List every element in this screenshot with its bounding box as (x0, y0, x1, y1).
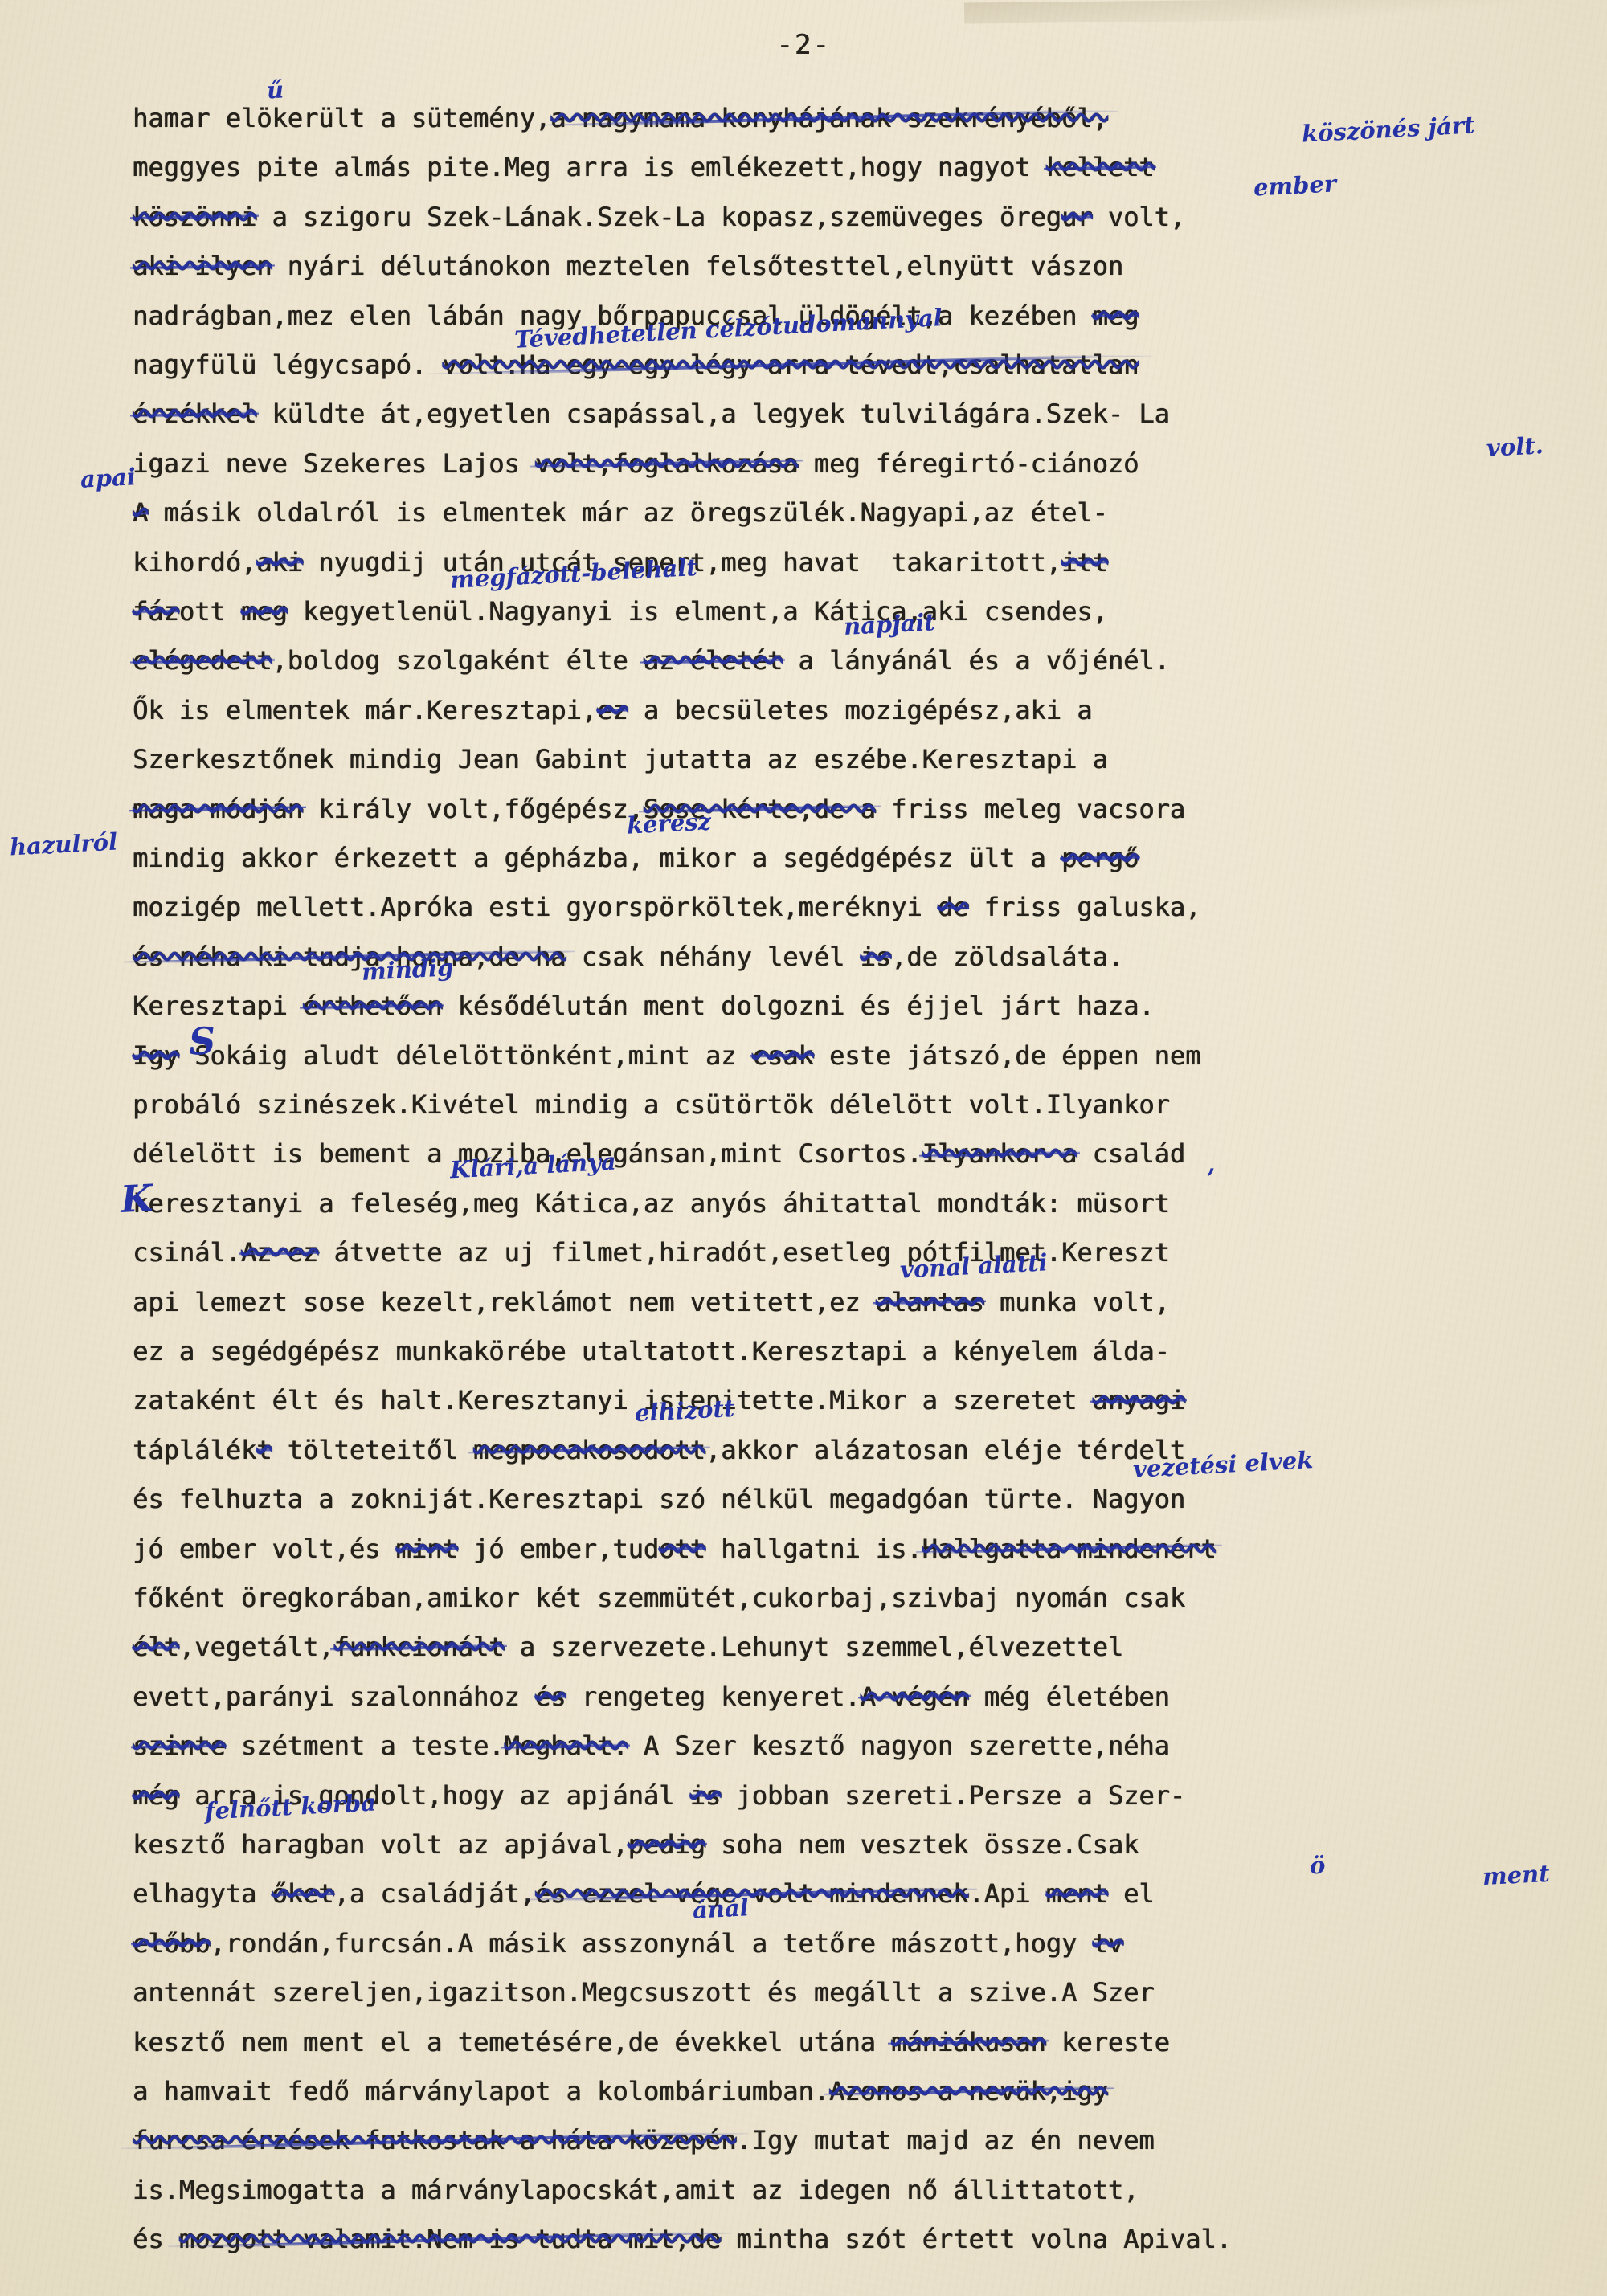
handwritten-annotation: elhizott (634, 1397, 735, 1425)
text-line: köszönni a szigoru Szek-Lának.Szek-La ko… (133, 202, 1591, 240)
text-line: Igy Sokáig aludt délelöttönként,mint az … (133, 1040, 1591, 1079)
typed-text: másik oldalról is elmentek már az öregsz… (148, 497, 1107, 528)
struck-text: köszönni (133, 202, 256, 232)
typed-text: hallgatni is. (705, 1534, 922, 1564)
typed-text: és (133, 2224, 179, 2254)
typed-text: ,akkor alázatosan eléje térdelt (705, 1435, 1185, 1465)
typed-text: ,de zöldsaláta. (891, 942, 1123, 972)
typed-text: még életében (968, 1681, 1169, 1712)
struck-text: mint (396, 1534, 458, 1564)
typed-text: evett,parányi szalonnához (133, 1681, 535, 1712)
text-line: probáló szinészek.Kivétel mindig a csütö… (133, 1089, 1591, 1128)
struck-text: funkcionált (333, 1632, 504, 1662)
struck-text: is (860, 942, 891, 972)
struck-text: kellett (1046, 152, 1155, 182)
typed-text: mozigép mellett.Apróka esti gyorspörkölt… (133, 892, 938, 922)
typed-text: jó ember volt,és (133, 1534, 396, 1564)
text-line: maga módján király volt,főgépész,Sose ké… (133, 794, 1591, 832)
typed-text: meg féregirtó-ciánozó (798, 448, 1154, 479)
struck-text: pergő (1061, 843, 1139, 873)
typed-text: elhagyta (133, 1878, 272, 1909)
struck-text: meg (241, 596, 288, 627)
struck-text: meg (1092, 300, 1139, 331)
handwritten-annotation: ánál (692, 1896, 749, 1922)
text-line: és felhuzta a zokniját.Keresztapi szó né… (133, 1484, 1591, 1522)
page-number: -2- (0, 29, 1607, 61)
typed-text: nagyfülü légycsapó. (133, 349, 442, 380)
typed-text: zataként élt és halt.Keresztanyi istenit… (133, 1385, 1092, 1416)
struck-text: és néha ki tudja honna,de ha (133, 942, 566, 972)
struck-text: csak (752, 1040, 814, 1071)
typed-text: antennát szereljen,igazitson.Megcsuszott… (133, 1977, 1155, 2008)
typed-text: probáló szinészek.Kivétel mindig a csütö… (133, 1089, 1170, 1120)
handwritten-annotation: vezetési elvek (1132, 1448, 1314, 1481)
typed-text: friss meleg vacsora (876, 794, 1185, 824)
text-line: mindig akkor érkezett a gépházba, mikor … (133, 843, 1591, 881)
typed-text: család (1077, 1138, 1185, 1169)
text-line: aki ilyen nyári délutánokon meztelen fel… (133, 251, 1591, 289)
handwritten-annotation: ember (1253, 172, 1337, 199)
struck-text: mozgott valamit.Nem is tudta mit,de (179, 2224, 721, 2254)
text-line: keresztanyi a feleség,meg Kática,az anyó… (133, 1188, 1591, 1227)
text-line: főként öregkorában,amikor két szemmütét,… (133, 1583, 1591, 1621)
struck-text: itt (1061, 547, 1108, 578)
handwritten-annotation: ű (266, 78, 284, 102)
typed-text: is.Megsimogatta a márványlapocskát,amit … (133, 2175, 1139, 2205)
typed-text: meggyes pite almás pite.Meg arra is emlé… (133, 152, 1046, 182)
text-line: elhagyta őket,a családját,és ezzel vége … (133, 1878, 1591, 1917)
struck-text: volt:Ha egy-egy légy arra tévedt,csalhat… (442, 349, 1139, 380)
typed-text: .Igy mutat majd az én nevem (736, 2125, 1154, 2155)
struck-text: de (938, 892, 969, 922)
text-line: ez a segédgépész munkakörébe utaltatott.… (133, 1336, 1591, 1375)
typed-text: Sokáig aludt délelöttönként,mint az (179, 1040, 752, 1071)
typed-text: igazi neve Szekeres Lajos (133, 448, 535, 479)
typed-text: rengeteg kenyeret. (566, 1681, 860, 1712)
struck-text: tv (1092, 1928, 1123, 1959)
struck-text: megpocakosodott (473, 1435, 705, 1465)
text-line: Keresztapi érthetően késődélután ment do… (133, 991, 1591, 1029)
struck-text: Azonos a nevük,igy (829, 2076, 1108, 2106)
text-line: élt,vegetált,funkcionált a szervezete.Le… (133, 1632, 1591, 1670)
text-line: nagyfülü légycsapó. volt:Ha egy-egy légy… (133, 349, 1591, 388)
handwritten-annotation: volt. (1486, 434, 1544, 460)
struck-text: élt (133, 1632, 179, 1662)
struck-text: még (133, 1780, 179, 1811)
text-line: jó ember volt,és mint jó ember,tudott ha… (133, 1534, 1591, 1572)
handwritten-annotation: ö (1309, 1854, 1326, 1878)
struck-text: érzékkel (133, 398, 256, 429)
typed-text: ,rondán,furcsán.A másik asszonynál a tet… (210, 1928, 1092, 1959)
handwritten-annotation: ment (1482, 1862, 1550, 1889)
typed-text: el (1108, 1878, 1155, 1909)
typed-text: kesztő nem ment el a temetésére,de évekk… (133, 2027, 891, 2057)
typed-text: kihordó, (133, 547, 256, 578)
text-line: A másik oldalról is elmentek már az öreg… (133, 497, 1591, 536)
typed-text: jobban szereti.Persze a Szer- (721, 1780, 1185, 1811)
text-line: furcsa érzések futkostak a háta közepén.… (133, 2125, 1591, 2163)
typed-text: a hamvait fedő márványlapot a kolombáriu… (133, 2076, 829, 2106)
struck-text: a nagymama konyhájának szekrényéből, (550, 103, 1108, 133)
struck-text: elégedett (133, 645, 272, 676)
struck-text: és (535, 1681, 566, 1712)
struck-text: előbb (133, 1928, 210, 1959)
typed-text: ez a segédgépész munkakörébe utaltatott.… (133, 1336, 1170, 1367)
handwritten-annotation: napjait (843, 611, 935, 639)
text-line: érzékkel küldte át,egyetlen csapással,a … (133, 398, 1591, 437)
text-line: a hamvait fedő márványlapot a kolombáriu… (133, 2076, 1591, 2114)
typed-text: Keresztapi (133, 991, 303, 1021)
typed-text: hamar elökerült a sütemény, (133, 103, 550, 133)
manuscript-page: -2- hamar elökerült a sütemény,a nagymam… (0, 0, 1607, 2296)
typed-text: szétment a teste. (226, 1730, 505, 1761)
text-line: csinál.Az ez átvette az uj filmet,hiradó… (133, 1237, 1591, 1276)
typed-text: friss galuska, (968, 892, 1200, 922)
typed-text: Ők is elmentek már.Keresztapi, (133, 695, 597, 725)
typed-text: volt, (1092, 202, 1185, 232)
typed-text: keresztanyi a feleség,meg Kática,az anyó… (133, 1188, 1170, 1219)
struck-text: az életét (644, 645, 783, 676)
typed-text: csinál. (133, 1237, 241, 1268)
text-line: kesztő haragban volt az apjával,pedig so… (133, 1829, 1591, 1868)
typed-text: és felhuzta a zokniját.Keresztapi szó né… (133, 1484, 1185, 1514)
text-line: előbb,rondán,furcsán.A másik asszonynál … (133, 1928, 1591, 1967)
typed-text: késődélután ment dolgozni és éjjel járt … (442, 991, 1154, 1021)
struck-text: ott (659, 1534, 705, 1564)
struck-text: és ezzel vége volt mindennek (535, 1878, 968, 1909)
typed-text: a becsületes mozigépész,aki a (628, 695, 1093, 725)
typed-text: ,a családját, (333, 1878, 534, 1909)
text-line: és néha ki tudja honna,de ha csak néhány… (133, 942, 1591, 980)
typed-text: ,boldog szolgaként élte (272, 645, 643, 676)
text-line: igazi neve Szekeres Lajos volt,foglalkoz… (133, 448, 1591, 487)
typed-text: ,vegetált, (179, 1632, 334, 1662)
handwritten-annotation: S (188, 1022, 217, 1060)
struck-text: aki (256, 547, 303, 578)
struck-text: Meghalt. (504, 1730, 628, 1761)
typed-text: A Szer kesztő nagyon szerette,néha (628, 1730, 1170, 1761)
struck-text: ur (1061, 202, 1093, 232)
typed-text: api lemezt sose kezelt,reklámot nem veti… (133, 1287, 876, 1318)
struck-text: anyagi (1092, 1385, 1185, 1416)
text-line: elégedett,boldog szolgaként élte az élet… (133, 645, 1591, 684)
typed-text: kereste (1046, 2027, 1170, 2057)
typed-text: Szerkesztőnek mindig Jean Gabint jutatta… (133, 744, 1108, 774)
struck-text: volt,foglalkozása (535, 448, 799, 479)
typed-text: mintha szót értett volna Apival. (721, 2224, 1232, 2254)
struck-text: fáz (133, 596, 179, 627)
struck-text: ez (597, 695, 628, 725)
struck-text: ment (1046, 1878, 1108, 1909)
typed-text: a szigoru Szek-Lának.Szek-La kopasz,szem… (256, 202, 1061, 232)
struck-text: is (690, 1780, 722, 1811)
text-line: api lemezt sose kezelt,reklámot nem veti… (133, 1287, 1591, 1326)
struck-text: Ilyankor a (922, 1138, 1077, 1169)
typed-text: soha nem vesztek össze.Csak (705, 1829, 1139, 1860)
typed-text: ott (179, 596, 241, 627)
typed-text: táplálék (133, 1435, 256, 1465)
typed-text: küldte át,egyetlen csapással,a legyek tu… (256, 398, 1170, 429)
text-line: Ők is elmentek már.Keresztapi,ez a becsü… (133, 695, 1591, 733)
text-line: Szerkesztőnek mindig Jean Gabint jutatta… (133, 744, 1591, 782)
struck-text: aki ilyen (133, 251, 272, 281)
handwritten-annotation: mindig (361, 956, 454, 984)
typed-text: munka volt, (984, 1287, 1170, 1318)
typed-text: főként öregkorában,amikor két szemmütét,… (133, 1583, 1185, 1613)
text-line: meggyes pite almás pite.Meg arra is emlé… (133, 152, 1591, 190)
text-line: táplálékt tölteteitől megpocakosodott,ak… (133, 1435, 1591, 1473)
text-line: is.Megsimogatta a márványlapocskát,amit … (133, 2175, 1591, 2213)
typed-text: tölteteitől (272, 1435, 472, 1465)
typed-text: csak néhány levél (566, 942, 860, 972)
handwritten-annotation: hazulról (9, 831, 117, 860)
handwritten-annotation: vonal alatti (899, 1251, 1048, 1282)
struck-text: A végén (860, 1681, 968, 1712)
typed-text: a lányánál és a vőjénél. (783, 645, 1170, 676)
struck-text: őket (272, 1878, 333, 1909)
typed-text: este játszó,de éppen nem (814, 1040, 1201, 1071)
handwritten-annotation: K (120, 1179, 153, 1218)
text-line: és mozgott valamit.Nem is tudta mit,de m… (133, 2224, 1591, 2262)
struck-text: Az ez (241, 1237, 318, 1268)
text-line: mozigép mellett.Apróka esti gyorspörkölt… (133, 892, 1591, 930)
typed-text: a szervezete.Lehunyt szemmel,élvezettel (504, 1632, 1123, 1662)
text-line: kihordó,aki nyugdij után utcát sepert,me… (133, 547, 1591, 586)
handwritten-annotation: , (1206, 1153, 1216, 1176)
text-line: zataként élt és halt.Keresztanyi istenit… (133, 1385, 1591, 1424)
text-line: antennát szereljen,igazitson.Megcsuszott… (133, 1977, 1591, 2016)
struck-text: Hallgatta mindenért (922, 1534, 1216, 1564)
struck-text: szinte (133, 1730, 226, 1761)
struck-text: maga módján (133, 794, 303, 824)
typed-text: király volt,főgépész, (303, 794, 644, 824)
typed-text: kegyetlenül.Nagyanyi is elment,a Kática,… (288, 596, 1108, 627)
text-line: szinte szétment a teste.Meghalt. A Szer … (133, 1730, 1591, 1769)
typed-text: kesztő haragban volt az apjával, (133, 1829, 628, 1860)
struck-text: A (133, 497, 148, 528)
typed-text: nyári délutánokon meztelen felsőtesttel,… (272, 251, 1123, 281)
text-line: evett,parányi szalonnához és rengeteg ke… (133, 1681, 1591, 1720)
text-line: délelött is bement a moziba,elegánsan,mi… (133, 1138, 1591, 1177)
typed-text: mindig akkor érkezett a gépházba, mikor … (133, 843, 1061, 873)
typed-text: .Api (968, 1878, 1045, 1909)
struck-text: érthetően (303, 991, 442, 1021)
typed-text: jó ember,tud (458, 1534, 659, 1564)
struck-text: Igy (133, 1040, 179, 1071)
text-line: kesztő nem ment el a temetésére,de évekk… (133, 2027, 1591, 2065)
handwritten-annotation: keresz (626, 810, 711, 837)
handwritten-annotation: apai (80, 465, 136, 492)
struck-text: t (256, 1435, 272, 1465)
struck-text: furcsa érzések futkostak a háta közepén (133, 2125, 736, 2155)
struck-text: mániákusan (891, 2027, 1046, 2057)
struck-text: pedig (628, 1829, 705, 1860)
struck-text: alantas (876, 1287, 984, 1318)
